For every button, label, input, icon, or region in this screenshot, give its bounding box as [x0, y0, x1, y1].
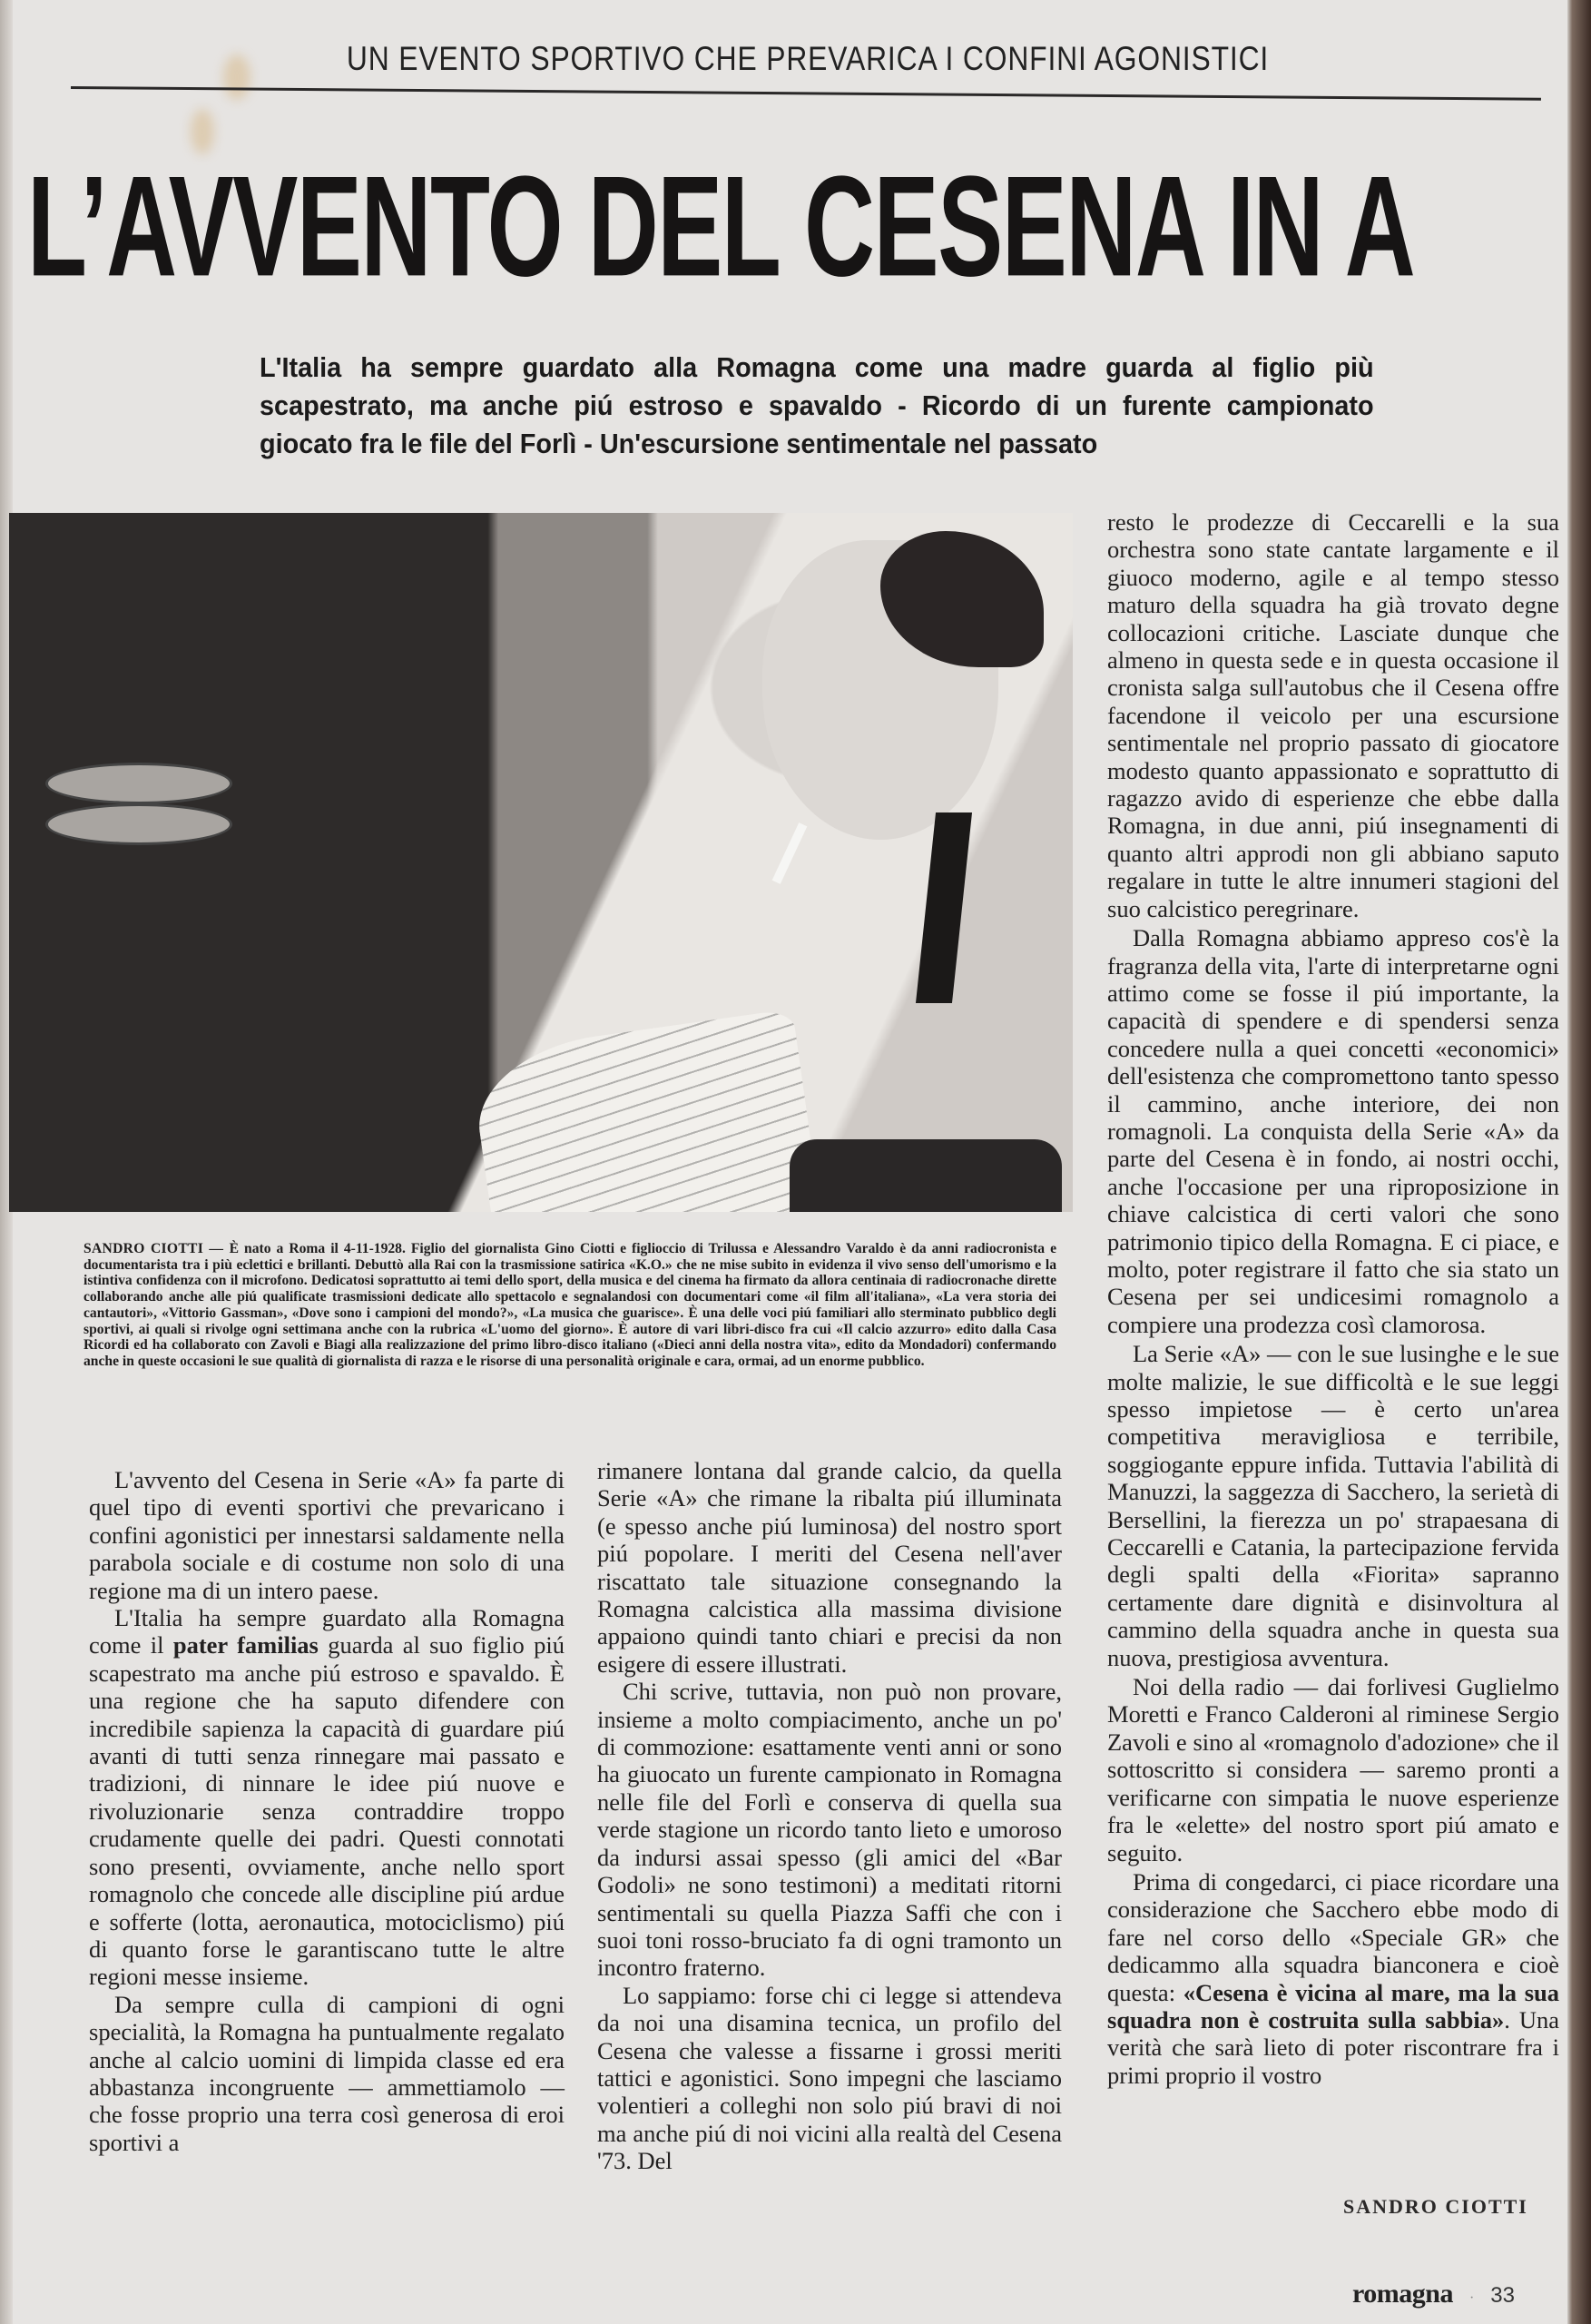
paragraph: L'avvento del Cesena in Serie «A» fa par… — [89, 1466, 565, 1604]
kicker-rule — [71, 86, 1541, 101]
photo-tape-reel — [45, 803, 232, 845]
paragraph: Chi scrive, tuttavia, non può non provar… — [597, 1678, 1062, 1981]
magazine-name: romagna — [1352, 2279, 1453, 2309]
paragraph: Lo sappiamo: forse chi ci legge si at­te… — [597, 1982, 1062, 2175]
paragraph: La Serie «A» — con le sue lusinghe e le … — [1107, 1340, 1559, 1671]
footer-separator: · — [1469, 2290, 1474, 2307]
paragraph: rimanere lontana dal grande calcio, da q… — [597, 1457, 1062, 1678]
bold-phrase: pater familias — [173, 1631, 319, 1659]
headline: L’AVVENTO DEL CESENA IN A — [27, 154, 1414, 298]
photo-caption: SANDRO CIOTTI — È nato a Roma il 4-11-19… — [83, 1241, 1056, 1370]
article-column-left: L'avvento del Cesena in Serie «A» fa par… — [89, 1466, 565, 2156]
paragraph: Da sempre culla di campioni di ogni spec… — [89, 1991, 565, 2156]
caption-lead: SANDRO CIOTTI — — [83, 1241, 230, 1256]
paragraph: resto le prodezze di Ceccarelli e la sua… — [1107, 508, 1559, 922]
page-right-edge — [1567, 0, 1591, 2324]
photo-tape-reel — [45, 763, 232, 804]
photo-typewriter — [790, 1139, 1062, 1212]
text-run: guarda al suo figlio piú scapestrato ma … — [89, 1631, 565, 1990]
kicker: UN EVENTO SPORTIVO CHE PREVARICA I CONFI… — [175, 40, 1439, 78]
page-footer: romagna · 33 — [1352, 2279, 1515, 2309]
portrait-photo — [9, 513, 1073, 1212]
page-number: 33 — [1490, 2283, 1515, 2309]
photo-typewriter-paper — [468, 1009, 820, 1212]
author-signature: SANDRO CIOTTI — [1343, 2195, 1528, 2219]
deck-subtitle: L'Italia ha sempre guardato alla Romagna… — [260, 349, 1374, 463]
paragraph: L'Italia ha sempre guardato alla Romagna… — [89, 1604, 565, 1991]
paragraph: Noi della radio — dai forlivesi Guglielm… — [1107, 1673, 1559, 1866]
article-column-middle: rimanere lontana dal grande calcio, da q… — [597, 1457, 1062, 2175]
photo-tie — [916, 812, 972, 1003]
paragraph: Prima di congedarci, ci piace ricordare … — [1107, 1868, 1559, 2089]
caption-text: È nato a Roma il 4-11-1928. Figlio del g… — [83, 1241, 1056, 1369]
paragraph: Dalla Romagna abbiamo appreso cos'è la f… — [1107, 924, 1559, 1338]
photo-cigarette — [772, 822, 808, 884]
article-column-right: resto le prodezze di Ceccarelli e la sua… — [1107, 508, 1559, 2089]
